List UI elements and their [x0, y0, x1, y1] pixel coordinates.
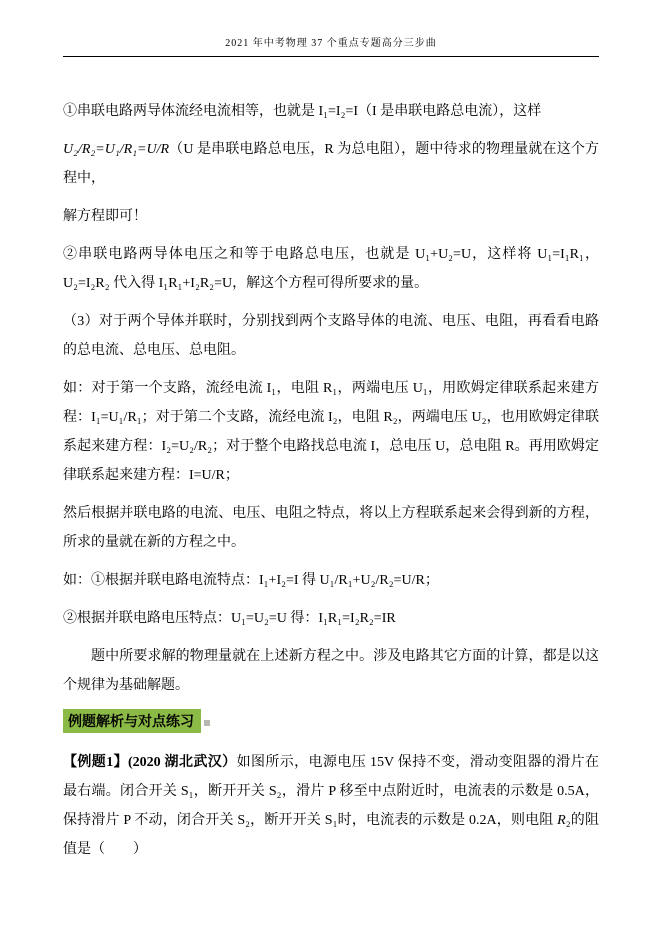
- paragraph-example-1: 【例题1】(2020 湖北武汉）如图所示，电源电压 15V 保持不变，滑动变阻器…: [63, 748, 599, 864]
- text-run: 如：对于第一个支路，流经电流 I₁，电阻 R₁，两端电压 U₁，用欧姆定律联系起…: [63, 381, 599, 483]
- document-page: 2021 年中考物理 37 个重点专题高分三步曲 ①串联电路两导体流经电流相等，…: [0, 0, 661, 936]
- text-run: ②根据并联电路电压特点：U₁=U₂=U 得：I₁R₁=I₂R₂=IR: [63, 611, 396, 626]
- header-title: 2021 年中考物理 37 个重点专题高分三步曲: [225, 38, 437, 49]
- text-run: （3）对于两个导体并联时，分别找到两个支路导体的电流、电压、电阻，再看看电路的总…: [63, 314, 599, 358]
- paragraph-series-voltage-rule: ②串联电路两导体电压之和等于电路总电压，也就是 U₁+U₂=U，这样将 U₁=I…: [63, 240, 599, 298]
- paragraph-parallel-current-point: 如：①根据并联电路电流特点：I₁+I₂=I 得 U₁/R₁+U₂/R₂=U/R；: [63, 566, 599, 595]
- text-run: 然后根据并联电路的电流、电压、电阻之特点，将以上方程联系起来会得到新的方程，所求…: [63, 506, 599, 550]
- paragraph-summary: 题中所要求解的物理量就在上述新方程之中。涉及电路其它方面的计算，都是以这个规律为…: [63, 642, 599, 700]
- text-run: 解方程即可！: [63, 209, 147, 224]
- document-body: ①串联电路两导体流经电流相等，也就是 I₁=I₂=I（I 是串联电路总电流），这…: [63, 97, 599, 873]
- paragraph-series-current-rule: ①串联电路两导体流经电流相等，也就是 I₁=I₂=I（I 是串联电路总电流），这…: [63, 97, 599, 126]
- paragraph-parallel-combine: 然后根据并联电路的电流、电压、电阻之特点，将以上方程联系起来会得到新的方程，所求…: [63, 499, 599, 557]
- text-run: 【例题1】(2020 湖北武汉）: [63, 755, 237, 770]
- text-run: R: [557, 813, 566, 828]
- paragraph-series-formula: U₂/R₂=U₁/R₁=U/R（U 是串联电路总电压，R 为总电阻），题中待求的…: [63, 135, 599, 193]
- text-run: U₂/R₂=U₁/R₁=U/R: [63, 142, 169, 157]
- paragraph-parallel-voltage-point: ②根据并联电路电压特点：U₁=U₂=U 得：I₁R₁=I₂R₂=IR: [63, 604, 599, 633]
- text-run: 题中所要求解的物理量就在上述新方程之中。涉及电路其它方面的计算，都是以这个规律为…: [63, 649, 599, 693]
- paragraph-solve-equation: 解方程即可！: [63, 202, 599, 231]
- paragraph-parallel-branches: 如：对于第一个支路，流经电流 I₁，电阻 R₁，两端电压 U₁，用欧姆定律联系起…: [63, 374, 599, 490]
- text-run: ①串联电路两导体流经电流相等，也就是 I₁=I₂=I（I 是串联电路总电流），这…: [63, 104, 541, 119]
- paragraph-parallel-intro: （3）对于两个导体并联时，分别找到两个支路导体的电流、电压、电阻，再看看电路的总…: [63, 307, 599, 365]
- section-heading-row: 例题解析与对点练习: [63, 709, 599, 735]
- text-run: ②串联电路两导体电压之和等于电路总电压，也就是 U₁+U₂=U，这样将 U₁=I…: [63, 247, 599, 291]
- page-header: 2021 年中考物理 37 个重点专题高分三步曲: [63, 34, 599, 57]
- section-badge: 例题解析与对点练习: [63, 709, 201, 733]
- paragraph-mark: [204, 720, 210, 726]
- text-run: 如：①根据并联电路电流特点：I₁+I₂=I 得 U₁/R₁+U₂/R₂=U/R；: [63, 573, 439, 588]
